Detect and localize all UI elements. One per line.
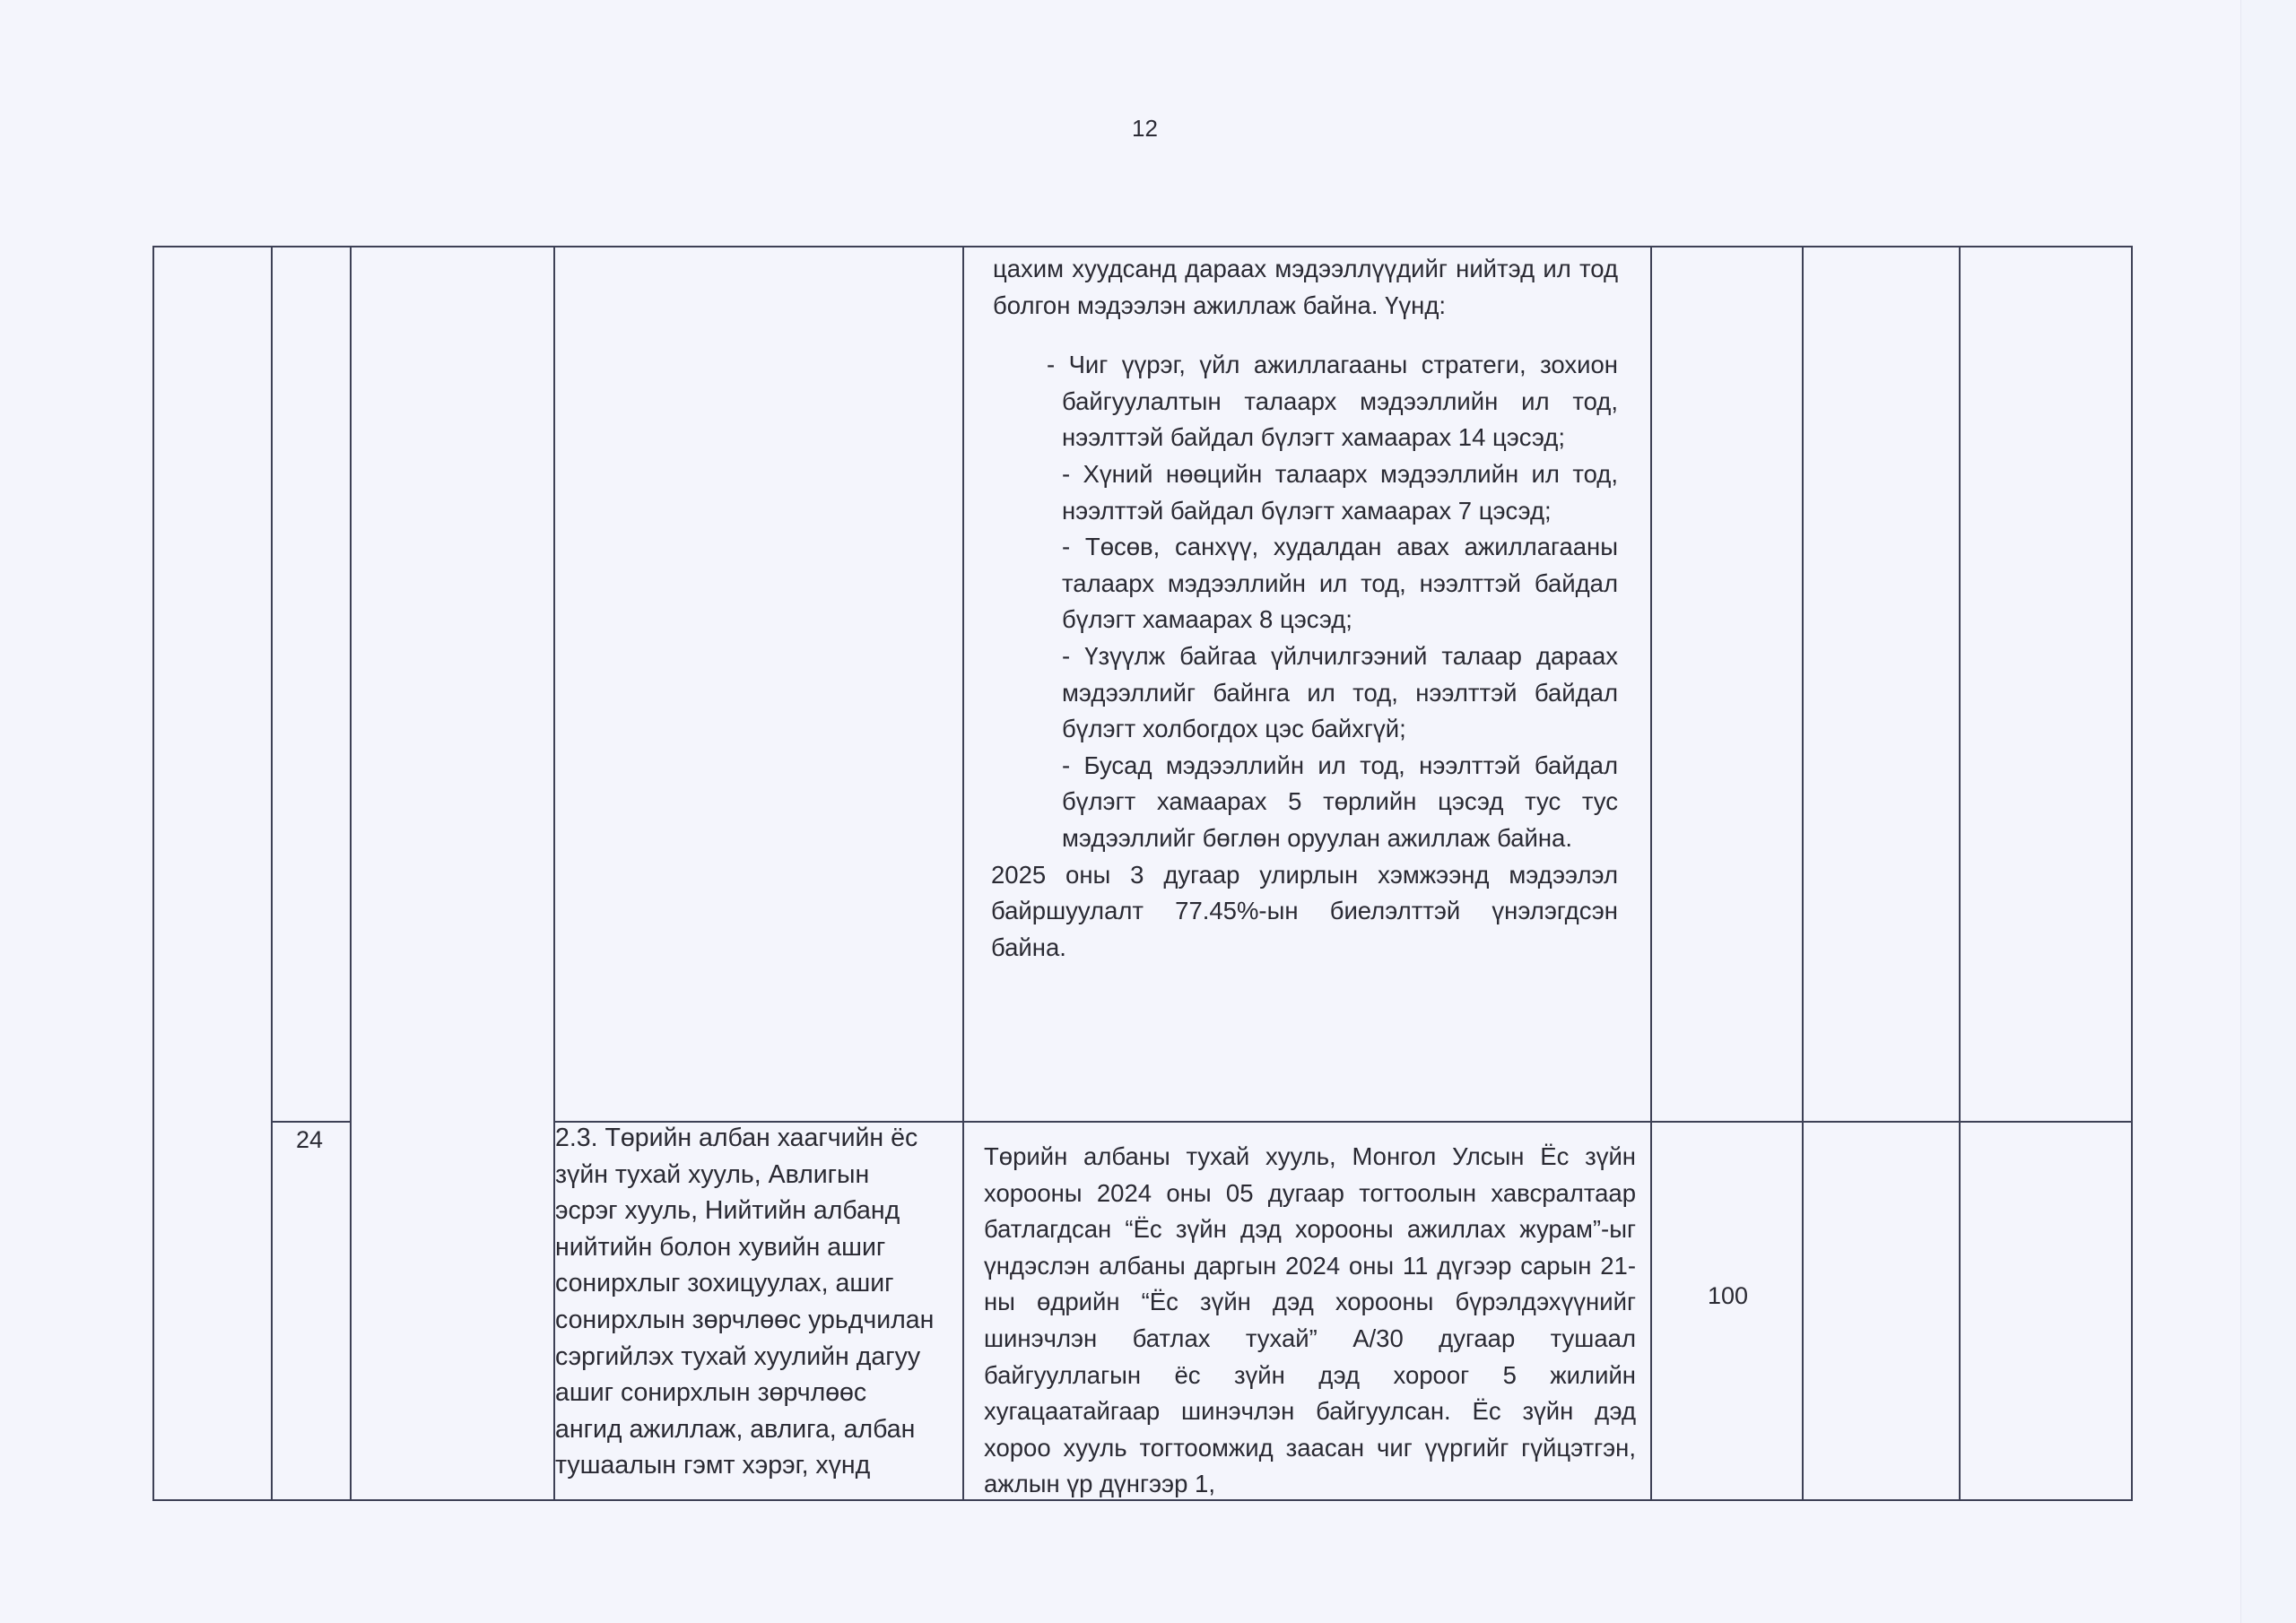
row-23-report-cell: цахим хуудсанд дараах мэдээллүүдийг нийт… — [993, 251, 1618, 966]
col-line — [271, 246, 273, 1501]
report-bullet: - Чиг үүрэг, үйл ажиллагааны стратеги, з… — [1047, 347, 1618, 456]
row-24-number: 24 — [296, 1126, 323, 1154]
col-line — [152, 246, 154, 1501]
col-line — [350, 246, 352, 1501]
report-conclusion: 2025 оны 3 дугаар улирлын хэмжээнд мэдээ… — [991, 857, 1618, 967]
col-line — [1959, 246, 1961, 1501]
report-bullet: - Хүний нөөцийн талаарх мэдээллийн ил то… — [1047, 456, 1618, 529]
report-bullet: - Төсөв, санхүү, худалдан авах ажиллагаа… — [1047, 529, 1618, 638]
col-line — [1650, 246, 1652, 1501]
report-intro: цахим хуудсанд дараах мэдээллүүдийг нийт… — [993, 251, 1618, 324]
report-bullet: - Бусад мэдээллийн ил тод, нээлттэй байд… — [1047, 748, 1618, 857]
table-border-top — [152, 246, 2133, 247]
col-line — [2131, 246, 2133, 1501]
row-24-report-cell: Төрийн албаны тухай хууль, Монгол Улсын … — [984, 1139, 1636, 1503]
row-divider — [271, 1121, 352, 1123]
col-line — [1802, 246, 1804, 1501]
row-24-score: 100 — [1708, 1282, 1748, 1310]
row-24-task-cell: 2.3. Төрийн албан хаагчийн ёс зүйн тухай… — [555, 1120, 963, 1484]
page-number: 12 — [1132, 115, 1158, 143]
report-bullet: - Үзүүлж байгаа үйлчилгээний талаар дара… — [1047, 638, 1618, 748]
